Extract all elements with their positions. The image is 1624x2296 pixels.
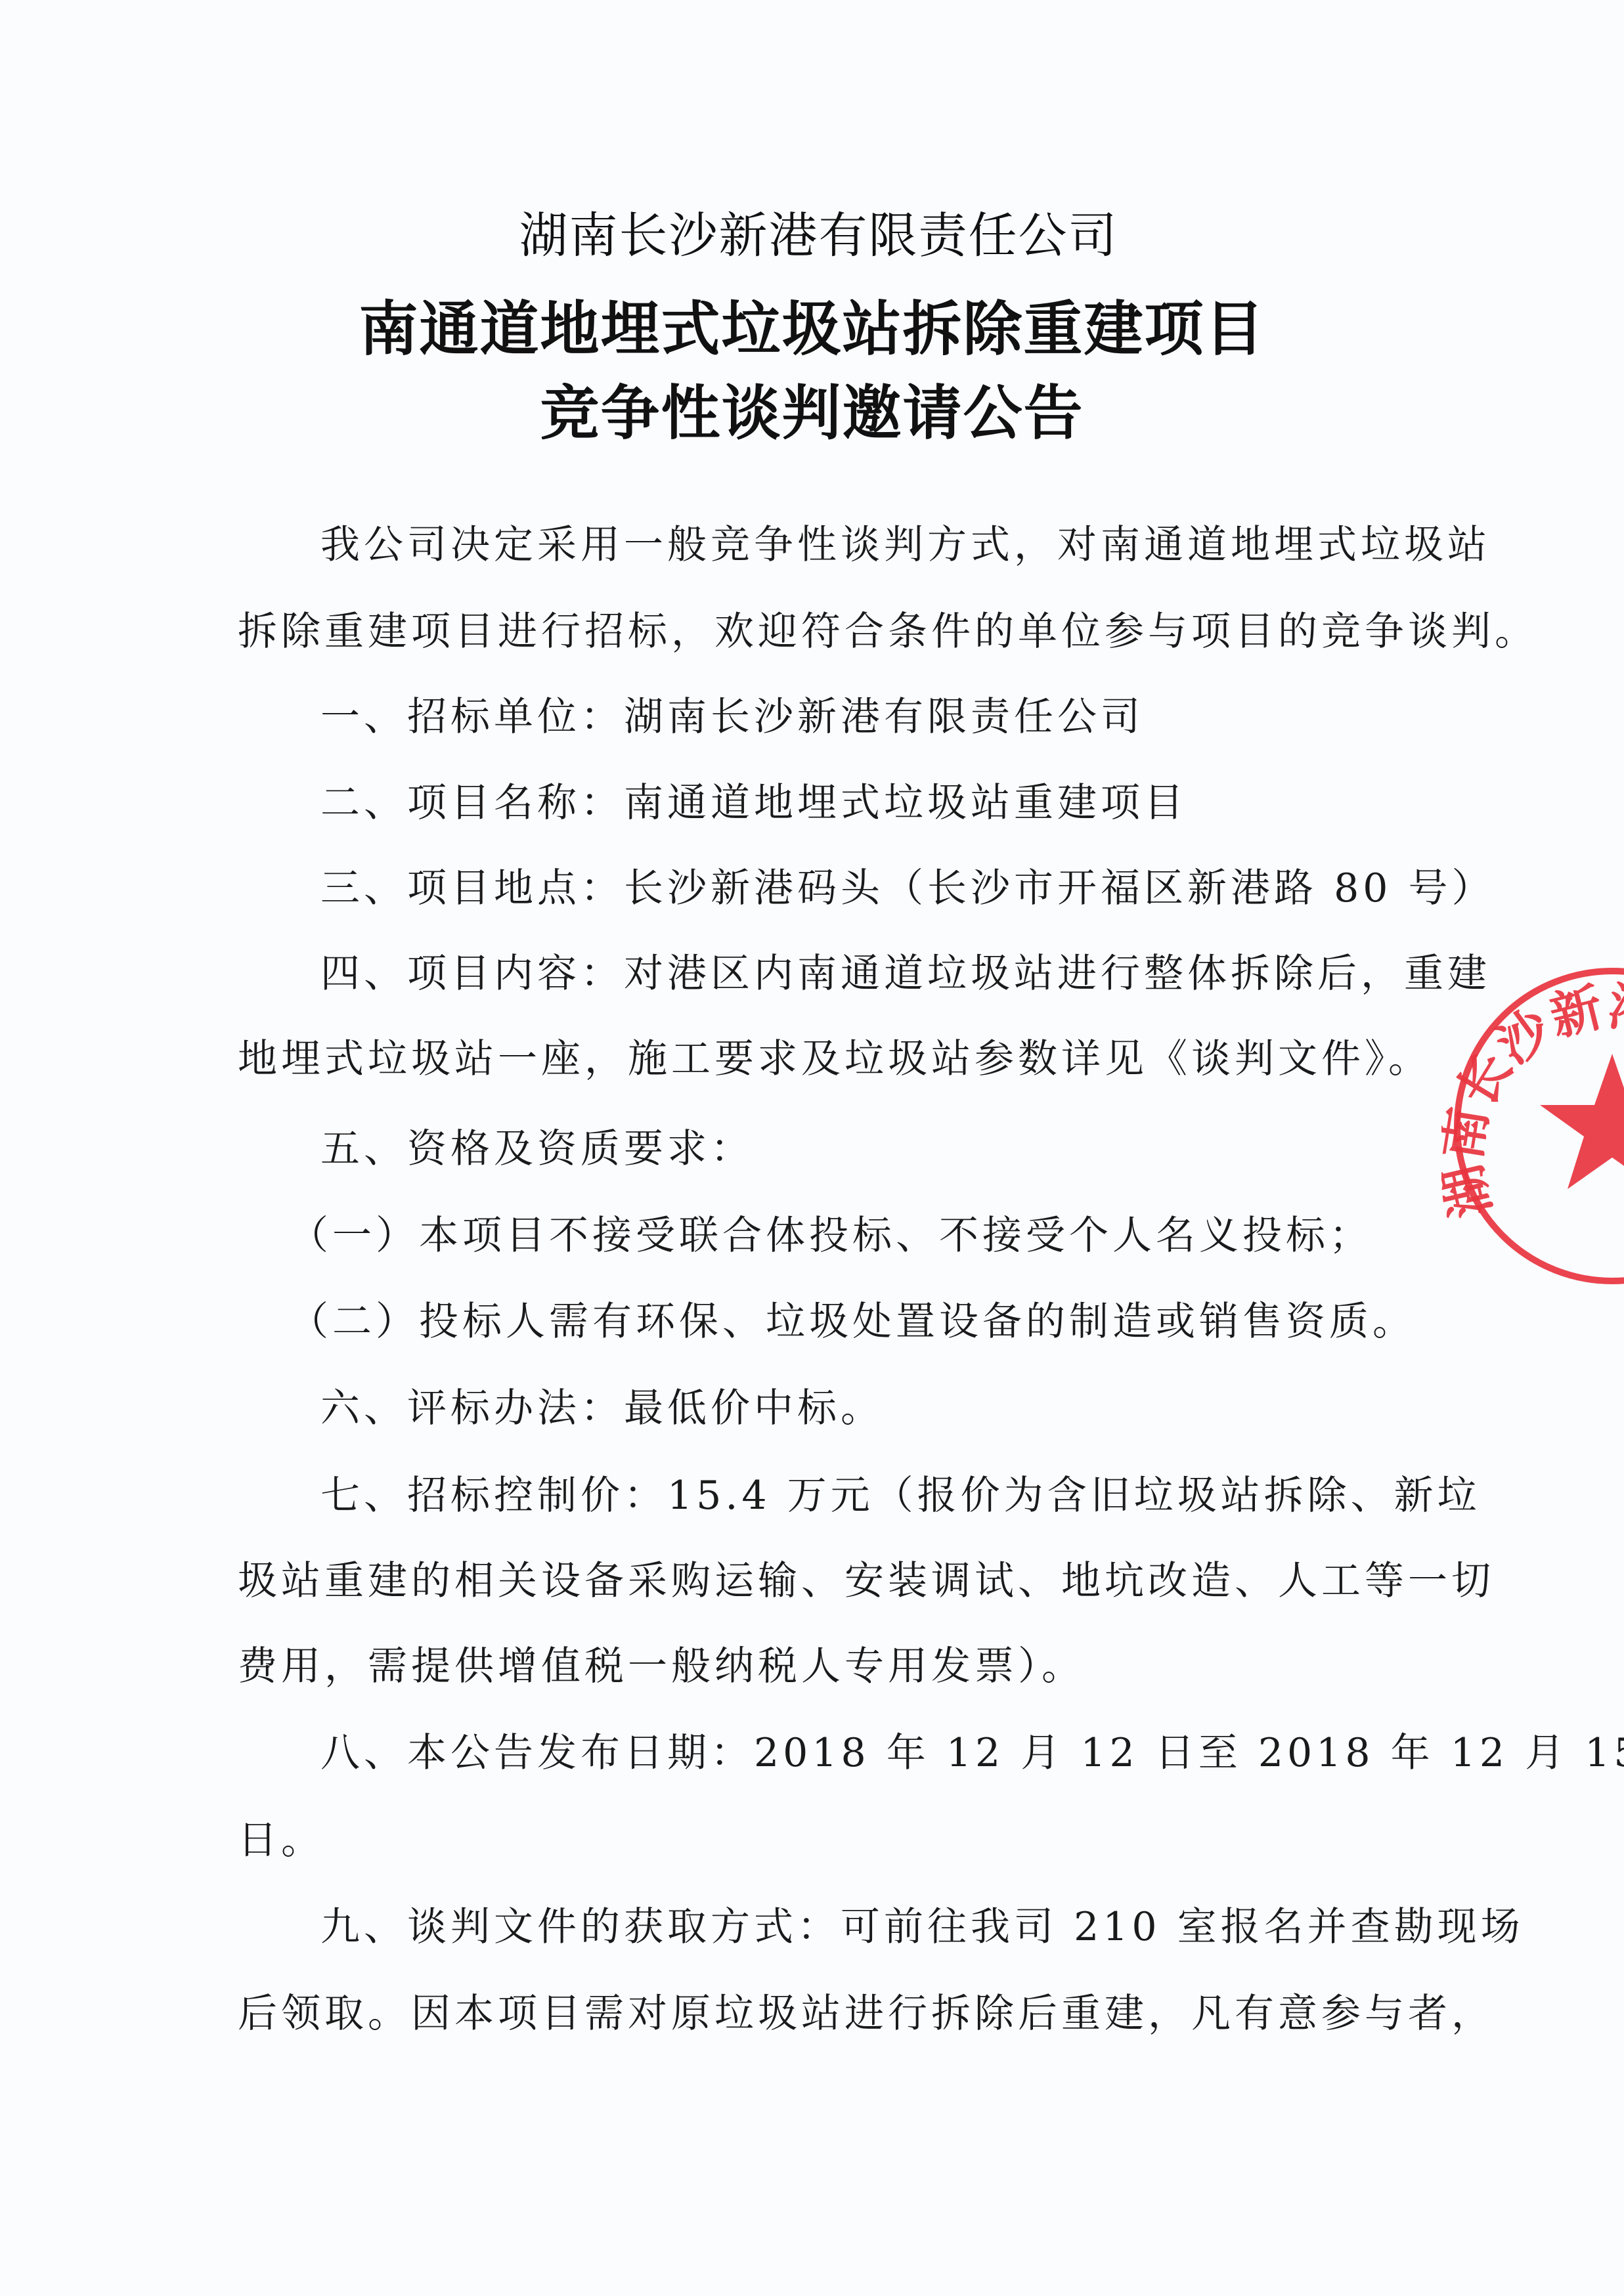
intro-line-1: 我公司决定采用一般竞争性谈判方式，对南通道地埋式垃圾站	[320, 519, 1491, 571]
section-project-name: 二、项目名称：南通道地埋式垃圾站重建项目	[320, 777, 1187, 829]
section-document-access-line-1: 九、谈判文件的获取方式：可前往我司 210 室报名并查勘现场	[320, 1901, 1524, 1953]
qualification-item-2: （二）投标人需有环保、垃圾处置设备的制造或销售资质。	[289, 1295, 1416, 1348]
company-seal: 湖南长沙新港有	[1441, 955, 1624, 1297]
company-heading: 湖南长沙新港有限责任公司	[0, 197, 1624, 267]
document-page: 湖南长沙新港有限责任公司 南通道地埋式垃圾站拆除重建项目 竞争性谈判邀请公告 我…	[0, 0, 1624, 2296]
section-control-price-line-2: 圾站重建的相关设备采购运输、安装调试、地坑改造、人工等一切	[238, 1555, 1495, 1607]
star-icon	[1540, 1054, 1624, 1189]
section-bidder: 一、招标单位：湖南长沙新港有限责任公司	[320, 691, 1144, 743]
section-control-price-line-1: 七、招标控制价：15.4 万元（报价为含旧垃圾站拆除、新垃	[320, 1469, 1481, 1522]
section-publish-date-line-1: 八、本公告发布日期：2018 年 12 月 12 日至 2018 年 12 月 …	[320, 1727, 1624, 1779]
qualification-item-1: （一）本项目不接受联合体投标、不接受个人名义投标；	[289, 1209, 1372, 1262]
section-control-price-line-3: 费用，需提供增值税一般纳税人专用发票）。	[238, 1640, 1085, 1693]
section-project-location: 三、项目地点：长沙新港码头（长沙市开福区新港路 80 号）	[320, 862, 1495, 915]
section-publish-date-line-2: 日。	[238, 1814, 324, 1867]
section-content-line-2: 地埋式垃圾站一座，施工要求及垃圾站参数详见《谈判文件》。	[238, 1033, 1432, 1085]
section-document-access-line-2: 后领取。因本项目需对原垃圾站进行拆除后重建，凡有意参与者，	[238, 1987, 1495, 2040]
section-qualification-title: 五、资格及资质要求：	[320, 1123, 754, 1175]
project-title: 南通道地埋式垃圾站拆除重建项目	[0, 281, 1624, 366]
notice-title: 竞争性谈判邀请公告	[0, 365, 1624, 450]
section-evaluation-method: 六、评标办法：最低价中标。	[320, 1382, 884, 1435]
section-content-line-1: 四、项目内容：对港区内南通道垃圾站进行整体拆除后，重建	[320, 947, 1491, 1000]
intro-line-2: 拆除重建项目进行招标，欢迎符合条件的单位参与项目的竞争谈判。	[238, 605, 1538, 658]
